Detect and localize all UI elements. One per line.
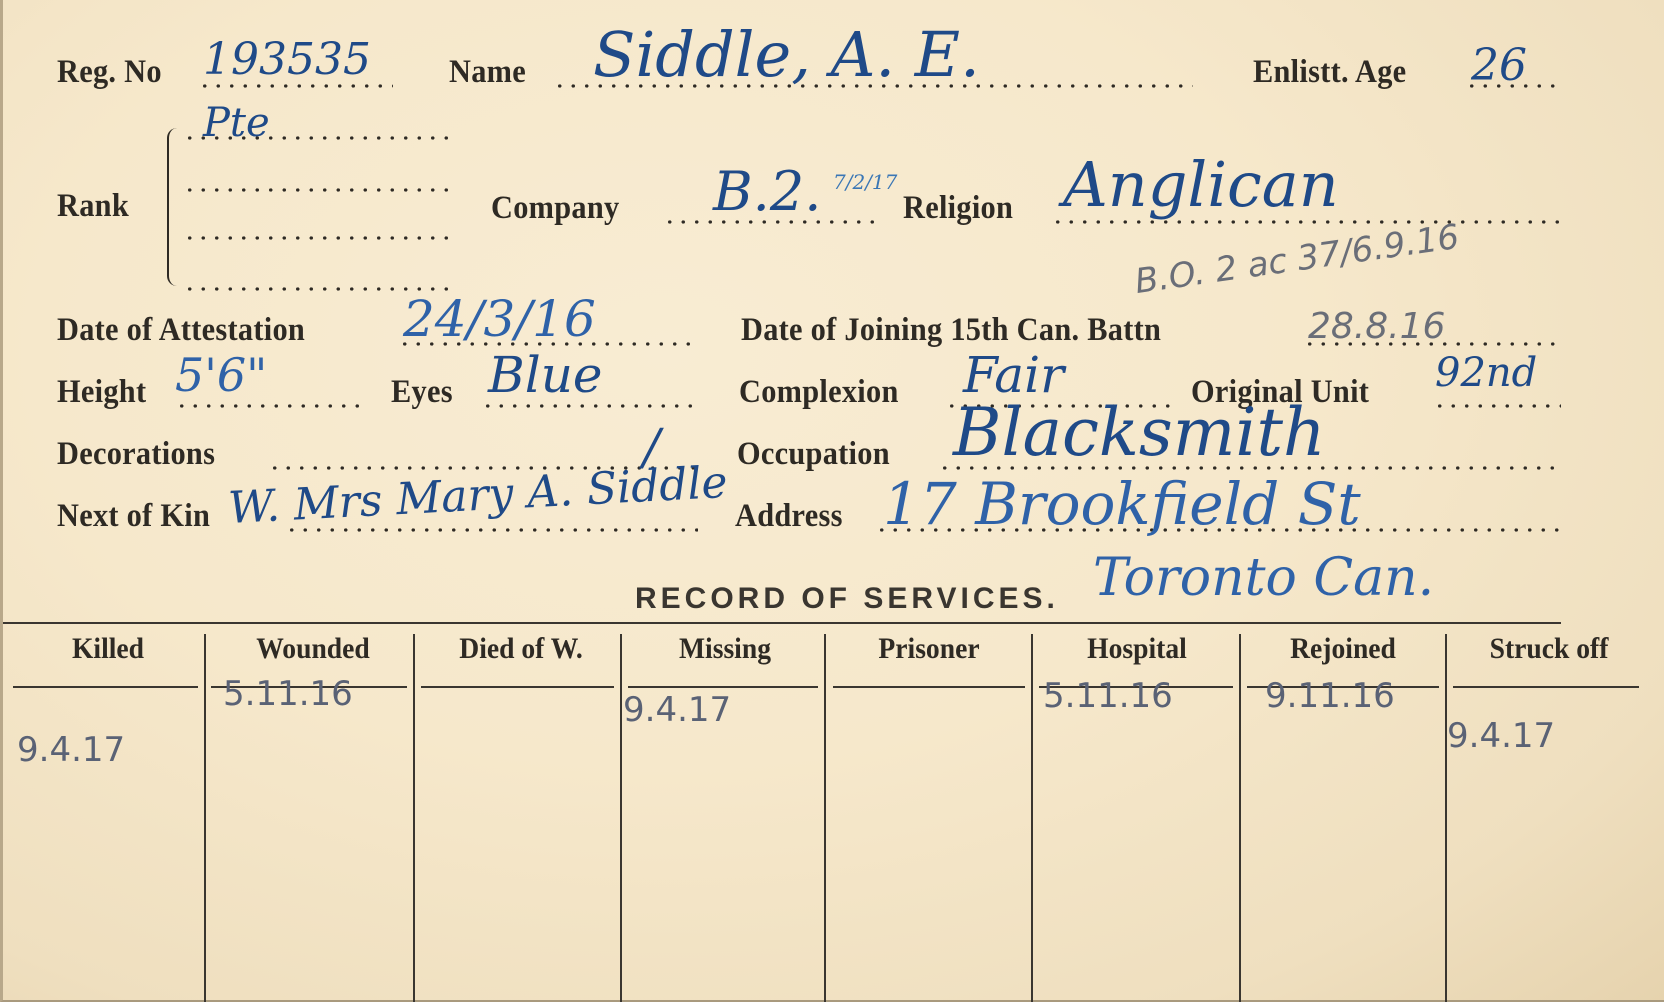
column-divider [1031, 634, 1033, 1002]
cell-rejoined: 9.11.16 [1265, 676, 1395, 716]
company-note: 7/2/17 [833, 170, 897, 194]
rank-brace [167, 128, 181, 286]
religion-label: Religion [903, 190, 1013, 227]
table-top-rule [3, 622, 1561, 624]
record-of-services-title: RECORD OF SERVICES. [635, 582, 1059, 616]
service-record-card: Reg. No 193535 Name Siddle, A. E. Enlist… [0, 0, 1664, 1002]
date-of-joining-value: 28.8.16 [1308, 306, 1445, 347]
reg-no-value: 193535 [203, 34, 371, 85]
column-header-rejoined: Rejoined [1251, 632, 1435, 666]
header-underline [13, 686, 198, 688]
address-line-2: Toronto Can. [1093, 548, 1434, 608]
rank-dotted-line-3 [183, 236, 448, 240]
next-of-kin-dotted-line [285, 528, 698, 532]
name-label: Name [449, 54, 526, 91]
header-underline [833, 686, 1025, 688]
enlist-age-value: 26 [1471, 40, 1527, 91]
cell-wounded: 5.11.16 [223, 674, 353, 714]
rank-dotted-line-1 [183, 136, 448, 140]
original-unit-value: 92nd [1435, 350, 1537, 396]
reg-no-label: Reg. No [57, 54, 162, 91]
rank-label: Rank [57, 188, 129, 225]
column-divider [620, 634, 622, 1002]
column-divider [204, 634, 206, 1002]
cell-killed: 9.4.17 [17, 730, 125, 770]
address-line-1: 17 Brookfield St [883, 470, 1361, 538]
company-label: Company [491, 190, 619, 227]
address-label: Address [735, 498, 843, 535]
column-divider [824, 634, 826, 1002]
column-header-missing: Missing [633, 632, 817, 666]
height-value: 5'6" [175, 348, 267, 402]
enlist-age-label: Enlistt. Age [1253, 54, 1406, 91]
date-of-joining-label: Date of Joining 15th Can. Battn [741, 312, 1161, 349]
column-header-wounded: Wounded [221, 632, 405, 666]
header-underline [421, 686, 614, 688]
occupation-label: Occupation [737, 436, 890, 473]
religion-value: Anglican [1063, 148, 1339, 221]
column-header-prisoner: Prisoner [837, 632, 1021, 666]
rank-dotted-line-2 [183, 188, 448, 192]
date-of-attestation-label: Date of Attestation [57, 312, 305, 349]
column-divider [1445, 634, 1447, 1002]
header-underline [1453, 686, 1639, 688]
eyes-value: Blue [488, 346, 603, 404]
column-header-killed: Killed [21, 632, 196, 666]
date-of-attestation-value: 24/3/16 [403, 290, 596, 348]
cell-missing: 9.4.17 [623, 690, 731, 730]
next-of-kin-label: Next of Kin [57, 498, 210, 535]
joining-note: B.O. 2 ac 37/6.9.16 [1132, 217, 1461, 302]
cell-struck-off: 9.4.17 [1447, 716, 1555, 756]
decorations-label: Decorations [57, 436, 215, 473]
column-header-struck-off: Struck off [1457, 632, 1641, 666]
header-underline [628, 686, 818, 688]
complexion-label: Complexion [739, 374, 899, 411]
eyes-dotted-line [481, 404, 696, 408]
height-dotted-line [175, 404, 360, 408]
name-value: Siddle, A. E. [593, 18, 980, 91]
height-label: Height [57, 374, 146, 411]
column-header-hospital: Hospital [1045, 632, 1229, 666]
column-header-died-of-wounds: Died of W. [429, 632, 613, 666]
column-divider [1239, 634, 1241, 1002]
occupation-value: Blacksmith [953, 394, 1326, 471]
cell-hospital: 5.11.16 [1043, 676, 1173, 716]
column-divider [413, 634, 415, 1002]
company-value: B.2. [713, 160, 821, 223]
original-unit-dotted-line [1433, 404, 1561, 408]
eyes-label: Eyes [391, 374, 453, 411]
